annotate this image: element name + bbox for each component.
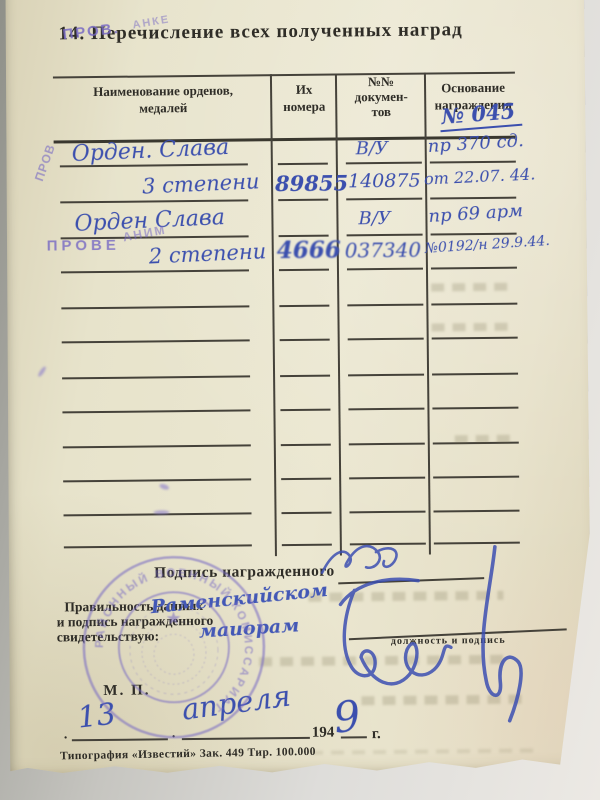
award-row-1-doc-line2: 140875 [348, 170, 421, 193]
award-row-1-basis-line1: пр 370 сд. [427, 130, 524, 157]
award-row-1-doc-line1: В/У [356, 138, 389, 159]
table-row-line [278, 163, 328, 165]
table-row-line [349, 511, 425, 513]
table-row-line [346, 162, 422, 164]
award-row-2-doc-line1: В/У [358, 208, 391, 229]
table-row-line [61, 305, 249, 309]
header-number-annotation: № 045 [438, 98, 522, 132]
table-row-line [279, 305, 329, 307]
table-row-line [278, 199, 328, 201]
table-row-line [432, 337, 518, 339]
col-header-name: Наименование орденов, медалей [63, 81, 263, 117]
table-row-line [63, 444, 251, 448]
table-row-line [60, 199, 248, 203]
award-row-2-name-line2: 2 степени [148, 239, 266, 268]
table-row-line [349, 477, 425, 479]
stamp-ring-text: РАЙОННЫЙ ВОЕННЫЙ КОМИССАРИАТ [93, 566, 255, 716]
table-vline-2 [335, 74, 342, 556]
showthrough-mark [432, 323, 514, 332]
table-row-line [431, 267, 517, 269]
table-row-line [430, 197, 516, 199]
table-row-line [281, 478, 331, 480]
table-row-line [280, 409, 330, 411]
showthrough-line [310, 748, 540, 754]
ink-smudge [37, 366, 47, 378]
table-vline-1 [270, 74, 277, 556]
table-row-line [433, 476, 519, 478]
verified-stamp-fragment-mid: ПРОВЕ [47, 237, 120, 255]
table-row-line [348, 338, 424, 340]
showthrough-mark [455, 435, 517, 444]
award-row-2-doc-line2: 037340 [345, 238, 422, 263]
table-row-line [61, 269, 249, 273]
table-row-line [347, 304, 423, 306]
table-row-line [63, 478, 251, 482]
table-row-line [348, 374, 424, 376]
table-row-line [280, 375, 330, 377]
table-row-line [432, 373, 518, 375]
col-header-documents: №№ докумен- тов [339, 74, 423, 120]
document-page: 14. Перечисление всех полученных наград … [2, 0, 592, 776]
table-row-line [346, 198, 422, 200]
certifier-signature [320, 538, 562, 737]
table-row-line [433, 510, 519, 512]
table-row-line [432, 407, 518, 409]
award-row-1-number: 89855 [275, 170, 348, 196]
award-row-1-basis-line2: от 22.07. 44. [424, 164, 536, 188]
table-row-line [349, 443, 425, 445]
table-row-line [347, 268, 423, 270]
award-row-1-name-line2: 3 степени [142, 169, 260, 198]
ink-smudge [159, 483, 170, 491]
award-row-2-basis-line2: №0192/н 29.9.44. [424, 233, 550, 257]
table-row-line [431, 303, 517, 305]
table-row-line [430, 161, 516, 163]
table-row-line [282, 512, 332, 514]
showthrough-mark [431, 283, 513, 292]
col-header-numbers: Их номера [273, 81, 335, 116]
table-top-rule [53, 72, 515, 79]
table-row-line [347, 234, 423, 236]
table-row-line [62, 339, 250, 343]
round-military-commissariat-stamp: ★ РАЙОННЫЙ ВОЕННЫЙ КОМИССАРИАТ [66, 539, 282, 755]
table-row-line [279, 269, 329, 271]
stamp-star-icon: ★ [165, 608, 181, 628]
award-row-2-number: 4666 [277, 236, 341, 264]
award-row-2-basis-line1: пр 69 арм [428, 200, 524, 227]
table-row-line [431, 233, 517, 235]
table-row-line [280, 339, 330, 341]
verified-stamp-fragment-left: ПРОВ [32, 142, 58, 183]
table-row-line [62, 409, 250, 413]
table-row-line [281, 444, 331, 446]
table-row-line [62, 375, 250, 379]
svg-text:РАЙОННЫЙ ВОЕННЫЙ КОМИССАРИАТ: РАЙОННЫЙ ВОЕННЫЙ КОМИССАРИАТ [93, 566, 255, 716]
table-row-line [348, 408, 424, 410]
